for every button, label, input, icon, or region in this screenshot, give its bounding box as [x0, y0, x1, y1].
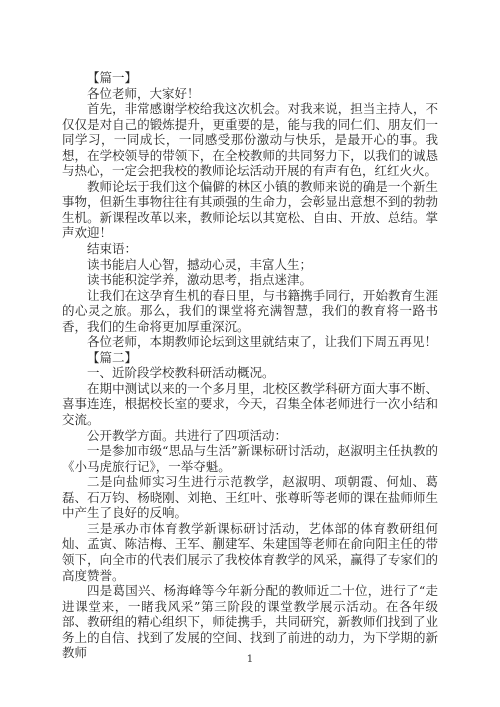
page-footer: 1	[0, 653, 500, 665]
paragraph: 结束语：	[62, 241, 438, 257]
paragraph: 首先，非常感谢学校给我这次机会。对我来说，担当主持人，不仅仅是对自己的锻炼提升，…	[62, 101, 438, 179]
paragraph: 公开教学方面。共进行了四项活动：	[62, 428, 438, 444]
paragraph: 各位老师，大家好！	[62, 86, 438, 102]
section-two-heading: 【篇二】	[62, 350, 438, 366]
section-two: 【篇二】 一、近阶段学校教科研活动概况。 在期中测试以来的一个多月里，北校区教学…	[62, 350, 438, 661]
page-number: 1	[247, 653, 254, 665]
paragraph: 教师论坛于我们这个偏僻的林区小镇的教师来说的确是一个新生事物，但新生事物往往有其…	[62, 179, 438, 241]
paragraph: 三是承办市体育教学新课标研讨活动，艺体部的体育教研组何灿、孟寅、陈洁梅、王军、蒯…	[62, 521, 438, 583]
section-one: 【篇一】 各位老师，大家好！ 首先，非常感谢学校给我这次机会。对我来说，担当主持…	[62, 70, 438, 350]
section-one-heading: 【篇一】	[62, 70, 438, 86]
paragraph: 四是葛国兴、杨海峰等今年新分配的教师近二十位，进行了“走进课堂来，一睹我风采”第…	[62, 583, 438, 661]
document-page: 【篇一】 各位老师，大家好！ 首先，非常感谢学校给我这次机会。对我来说，担当主持…	[0, 0, 500, 707]
paragraph: 一、近阶段学校教科研活动概况。	[62, 365, 438, 381]
paragraph: 二是向盐师实习生进行示范教学，赵淑明、项朝霞、何灿、葛磊、石万钧、杨晓刚、刘艳、…	[62, 474, 438, 521]
paragraph: 一是参加市级“思品与生活”新课标研讨活动，赵淑明主任执教的《小马虎旅行记》，一举…	[62, 443, 438, 474]
document-content: 【篇一】 各位老师，大家好！ 首先，非常感谢学校给我这次机会。对我来说，担当主持…	[62, 70, 438, 661]
paragraph: 在期中测试以来的一个多月里，北校区教学科研方面大事不断、喜事连连，根据校长室的要…	[62, 381, 438, 428]
paragraph: 各位老师，本期教师论坛到这里就结束了，让我们下周五再见！	[62, 334, 438, 350]
paragraph: 读书能启人心智，撼动心灵，丰富人生；	[62, 257, 438, 273]
paragraph: 读书能积淀学养，激动思考，指点迷津。	[62, 272, 438, 288]
paragraph: 让我们在这孕育生机的春日里，与书籍携手同行，开始教育生涯的心灵之旅。那么，我们的…	[62, 288, 438, 335]
